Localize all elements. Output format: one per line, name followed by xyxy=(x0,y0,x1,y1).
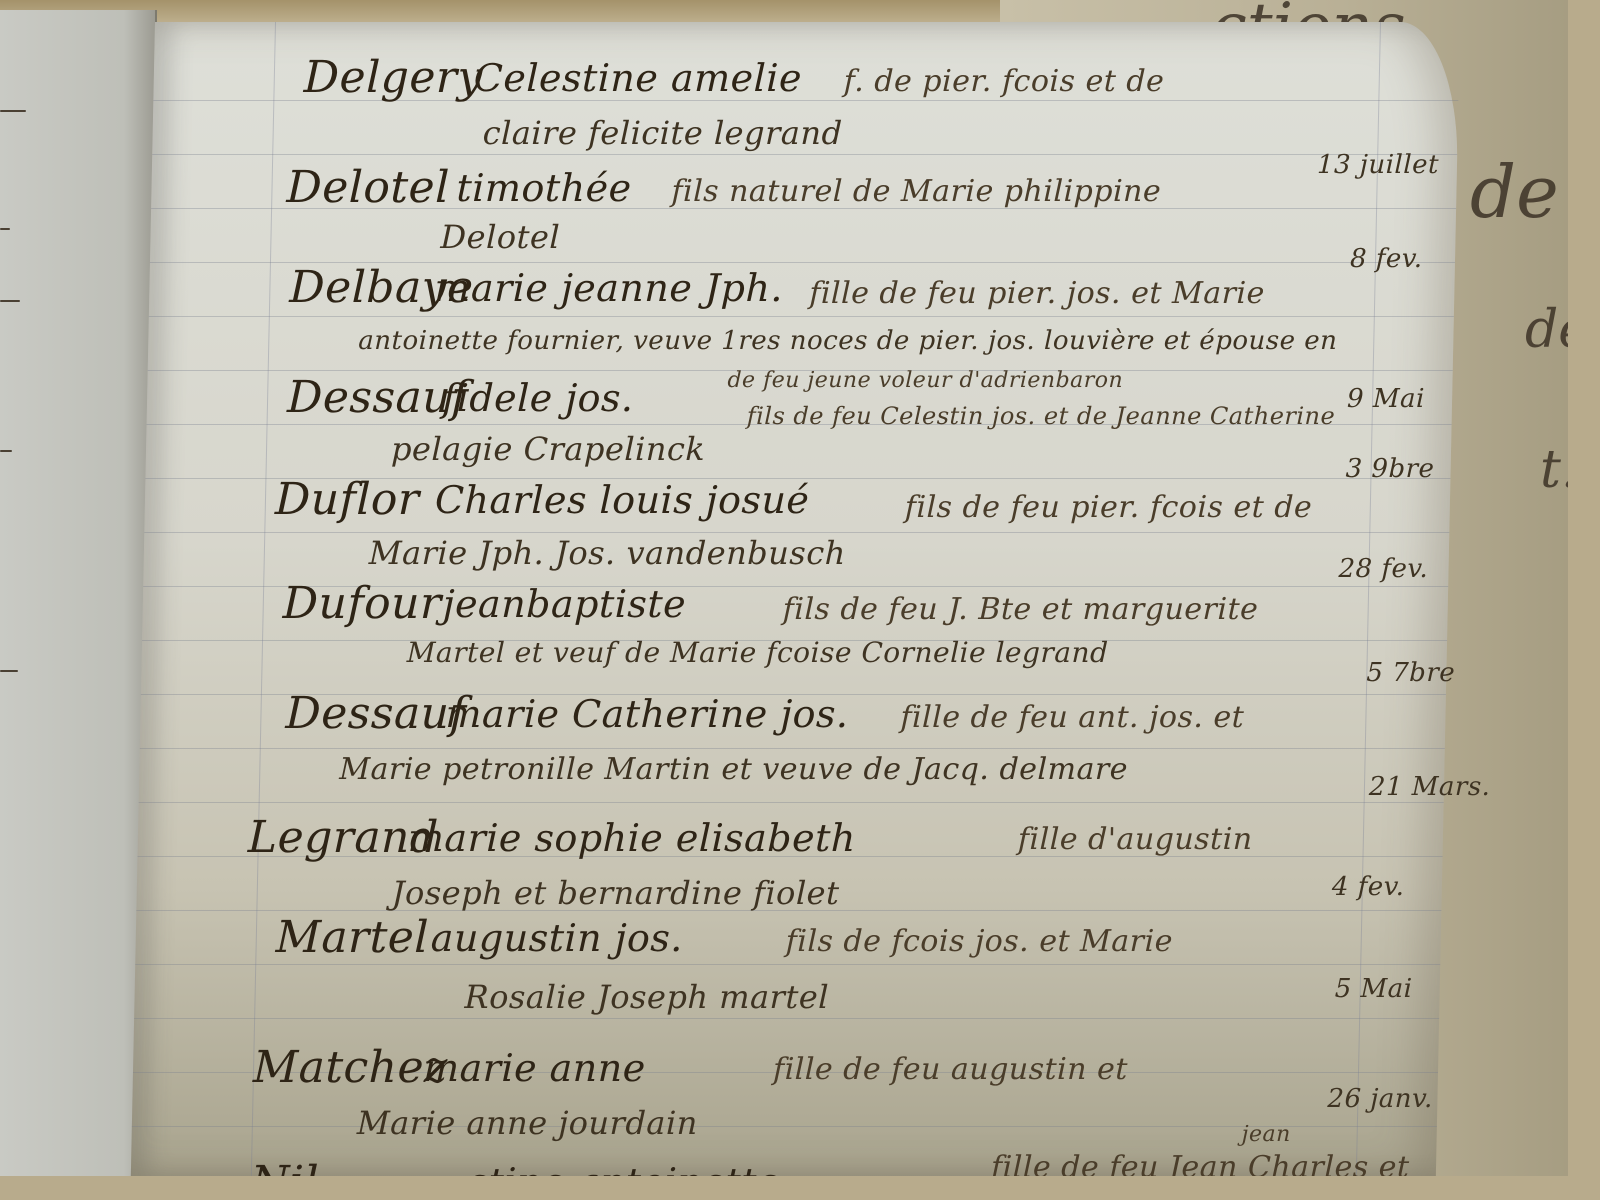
left-facing-page xyxy=(0,10,157,1176)
entry-given-names: timothée xyxy=(456,166,632,210)
entry-interlinear-note: jean xyxy=(1241,1122,1291,1147)
entry-date: 21 Mars. xyxy=(1369,772,1491,802)
entry-surname: Dessauf xyxy=(285,688,467,739)
entry-date: 8 fev. xyxy=(1350,244,1423,274)
ink-mark xyxy=(0,300,20,302)
entry-given-names: fidele jos. xyxy=(442,376,634,420)
entry-continuation: Delotel xyxy=(440,218,560,256)
ruled-line xyxy=(135,964,1440,965)
entry-parentage: fille d'augustin xyxy=(1018,822,1253,857)
ruled-line xyxy=(149,316,1454,317)
entry-continuation: Martel et veuf de Marie fcoise Cornelie … xyxy=(406,636,1108,669)
entry-continuation: antoinette fournier, veuve 1res noces de… xyxy=(358,326,1338,356)
ruled-line xyxy=(152,154,1457,155)
entry-parentage: fils naturel de Marie philippine xyxy=(671,174,1161,209)
left-margin-rule xyxy=(251,22,276,1176)
entry-given-names: marie sophie elisabeth xyxy=(407,816,856,860)
entry-date: 9 Mai xyxy=(1347,384,1425,414)
entry-parentage: f. de pier. fcois et de xyxy=(843,64,1164,99)
entry-date: 28 fev. xyxy=(1338,554,1428,584)
entry-given-names: ...stine antoinette xyxy=(430,1160,780,1176)
ledger-page: Delgery Celestine amelie f. de pier. fco… xyxy=(131,22,1460,1176)
entry-date: 26 janv. xyxy=(1327,1084,1433,1114)
ruled-line xyxy=(134,1018,1439,1019)
entry-surname: Delgery xyxy=(303,52,483,103)
ink-mark xyxy=(0,450,12,452)
entry-given-names: marie jeanne Jph. xyxy=(434,266,784,310)
entry-surname: Nil... xyxy=(250,1157,363,1176)
ink-mark xyxy=(0,228,10,230)
entry-surname: Martel xyxy=(275,912,429,963)
ruled-line xyxy=(139,802,1444,803)
entry-continuation: claire felicite legrand xyxy=(482,114,843,152)
entry-continuation: Marie anne jourdain xyxy=(357,1104,699,1142)
entry-given-names: Celestine amelie xyxy=(473,56,802,100)
background-margin-fragment: t. xyxy=(1540,440,1568,500)
background-margin-fragment: de xyxy=(1470,150,1559,234)
entry-continuation: Joseph et bernardine fiolet xyxy=(391,874,839,912)
entry-given-names: marie Catherine jos. xyxy=(445,692,849,736)
entry-parentage: fils de feu J. Bte et marguerite xyxy=(782,592,1258,627)
entry-surname: Matchez xyxy=(253,1042,449,1093)
entry-surname: Duflor xyxy=(274,474,420,525)
ink-mark xyxy=(0,110,26,112)
entry-parentage: fille de feu ant. jos. et xyxy=(900,700,1245,735)
ink-mark xyxy=(0,670,18,672)
entry-given-names: Charles louis josué xyxy=(435,478,810,522)
entry-parentage: fils de feu Celestin jos. et de Jeanne C… xyxy=(746,402,1335,430)
entry-date: 5 7bre xyxy=(1366,658,1455,688)
entry-continuation: Rosalie Joseph martel xyxy=(464,978,829,1016)
entry-given-names: marie anne xyxy=(423,1046,647,1090)
ruled-line xyxy=(144,532,1449,533)
entry-parentage: fils de fcois jos. et Marie xyxy=(785,924,1173,959)
entry-parentage: fille de feu augustin et xyxy=(773,1052,1129,1087)
entry-date: 13 juillet xyxy=(1317,150,1440,180)
entry-given-names: jeanbaptiste xyxy=(442,582,686,626)
entry-surname: Dufour xyxy=(282,578,442,629)
entry-surname: Delotel xyxy=(286,162,450,213)
entry-parentage: fille de feu pier. jos. et Marie xyxy=(809,276,1265,311)
entry-date: 5 Mai xyxy=(1334,974,1412,1004)
ruled-line xyxy=(140,748,1445,749)
entry-continuation: Marie Jph. Jos. vandenbusch xyxy=(368,534,846,572)
entry-continuation: pelagie Crapelinck xyxy=(391,430,706,468)
entry-continuation: Marie petronille Martin et veuve de Jacq… xyxy=(339,752,1128,787)
entry-parentage-interlinear: de feu jeune voleur d'adrienbaron xyxy=(727,368,1123,393)
entry-parentage: fille de feu Jean Charles et xyxy=(991,1150,1410,1176)
entry-date: 3 9bre xyxy=(1345,454,1434,484)
entry-date: 4 fev. xyxy=(1332,872,1405,902)
entry-given-names: augustin jos. xyxy=(430,916,683,960)
background-margin-fragment: de xyxy=(1525,300,1568,360)
entry-parentage: fils de feu pier. fcois et de xyxy=(904,490,1312,525)
